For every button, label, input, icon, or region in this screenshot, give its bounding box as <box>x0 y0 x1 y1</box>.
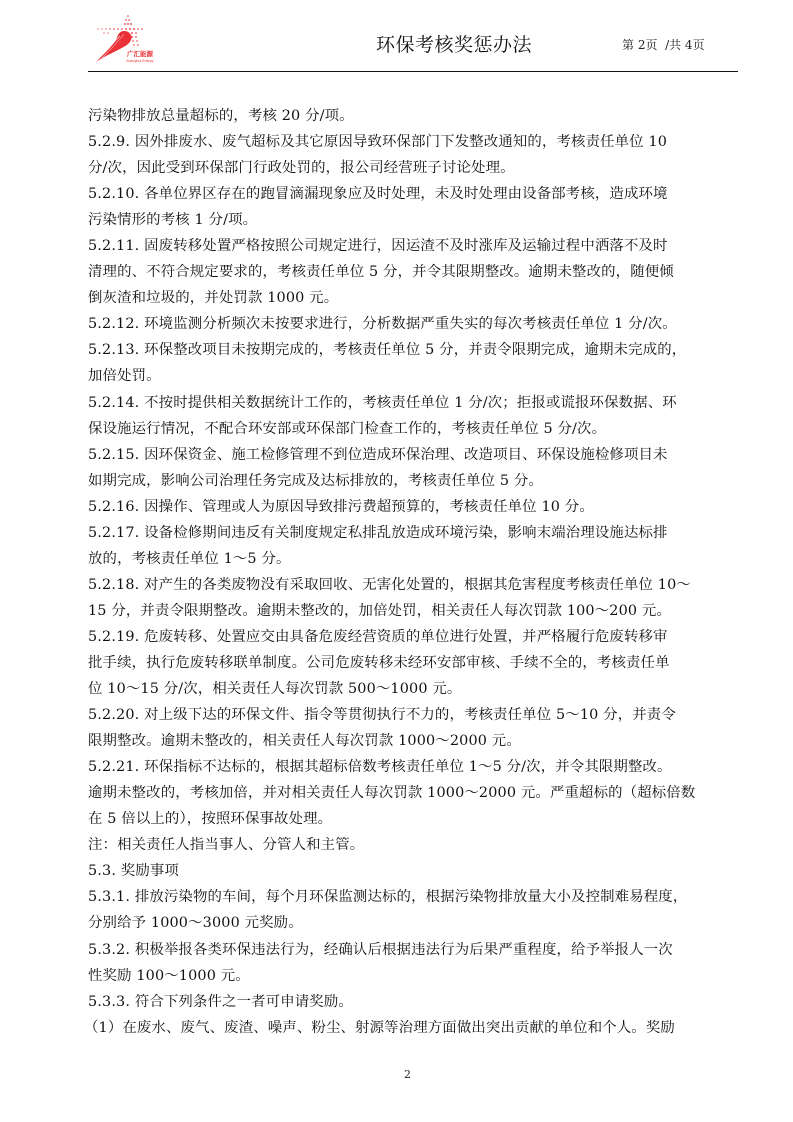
clause-5-2-19: 5.2.19. 危废转移、处置应交由具备危废经营资质的单位进行处置，并严格履行危… <box>88 624 740 650</box>
clause-5-2-9: 5.2.9. 因外排废水、废气超标及其它原因导致环保部门下发整改通知的，考核责任… <box>88 129 740 155</box>
svg-text:Guanghui Energy: Guanghui Energy <box>126 59 154 63</box>
clause-5-3-3: 5.3.3. 符合下列条件之一者可申请奖励。 <box>88 989 740 1015</box>
text-line: 污染物排放总量超标的，考核 20 分/项。 <box>88 103 740 129</box>
text-line: 性奖励 100～1000 元。 <box>88 963 740 989</box>
clause-5-2-12: 5.2.12. 环境监测分析频次未按要求进行，分析数据严重失实的每次考核责任单位… <box>88 311 740 337</box>
page-indicator: 第 2页 /共 4页 <box>622 36 705 53</box>
list-item-1: （1）在废水、废气、废渣、噪声、粉尘、射源等治理方面做出突出贡献的单位和个人。奖… <box>84 1015 740 1041</box>
text-line: 批手续，执行危废转移联单制度。公司危废转移未经环安部审核、手续不全的，考核责任单 <box>88 650 740 676</box>
page-number: 2 <box>404 1068 411 1081</box>
clause-5-2-21: 5.2.21. 环保指标不达标的，根据其超标倍数考核责任单位 1～5 分/次，并… <box>88 754 740 780</box>
text-line: 污染情形的考核 1 分/项。 <box>88 207 740 233</box>
text-line: 倒灰渣和垃圾的，并处罚款 1000 元。 <box>88 285 740 311</box>
clause-5-2-17: 5.2.17. 设备检修期间违反有关制度规定私排乱放造成环境污染，影响末端治理设… <box>88 520 740 546</box>
section-5-3-heading: 5.3. 奖励事项 <box>88 858 740 884</box>
text-line: 位 10～15 分/次，相关责任人每次罚款 500～1000 元。 <box>88 676 740 702</box>
text-line: 分/次，因此受到环保部门行政处罚的，报公司经营班子讨论处理。 <box>88 155 740 181</box>
document-body: 污染物排放总量超标的，考核 20 分/项。 5.2.9. 因外排废水、废气超标及… <box>88 103 740 1041</box>
clause-5-2-10: 5.2.10. 各单位界区存在的跑冒滴漏现象应及时处理，未及时处理由设备部考核，… <box>88 181 740 207</box>
text-line: 在 5 倍以上的），按照环保事故处理。 <box>88 806 740 832</box>
text-line: 加倍处罚。 <box>88 363 740 389</box>
clause-5-2-18: 5.2.18. 对产生的各类废物没有采取回收、无害化处置的，根据其危害程度考核责… <box>88 572 740 598</box>
clause-5-2-20: 5.2.20. 对上级下达的环保文件、指令等贯彻执行不力的，考核责任单位 5～1… <box>88 702 740 728</box>
text-line: 保设施运行情况，不配合环安部或环保部门检查工作的，考核责任单位 5 分/次。 <box>88 416 740 442</box>
clause-5-2-11: 5.2.11. 固废转移处置严格按照公司规定进行，因运渣不及时涨库及运输过程中洒… <box>88 233 740 259</box>
document-title: 环保考核奖惩办法 <box>376 30 532 57</box>
clause-5-3-2: 5.3.2. 积极举报各类环保违法行为，经确认后根据违法行为后果严重程度，给予举… <box>88 937 740 963</box>
clause-5-2-13: 5.2.13. 环保整改项目未按期完成的，考核责任单位 5 分，并责令限期完成，… <box>88 337 740 363</box>
svg-text:广汇能源: 广汇能源 <box>127 49 154 58</box>
text-line: 清理的、不符合规定要求的，考核责任单位 5 分，并令其限期整改。逾期未整改的，随… <box>88 259 740 285</box>
company-logo-icon: 广汇能源 Guanghui Energy <box>94 12 154 64</box>
text-line: 分别给予 1000～3000 元奖励。 <box>88 910 740 936</box>
text-line: 放的，考核责任单位 1～5 分。 <box>88 546 740 572</box>
text-line: 限期整改。逾期未整改的，相关责任人每次罚款 1000～2000 元。 <box>88 728 740 754</box>
text-line: 15 分，并责令限期整改。逾期未整改的，加倍处罚，相关责任人每次罚款 100～2… <box>88 598 740 624</box>
clause-5-3-1: 5.3.1. 排放污染物的车间，每个月环保监测达标的，根据污染物排放量大小及控制… <box>88 884 740 910</box>
text-line: 逾期未整改的，考核加倍，并对相关责任人每次罚款 1000～2000 元。严重超标… <box>88 780 740 806</box>
page-header: 广汇能源 Guanghui Energy 环保考核奖惩办法 第 2页 /共 4页 <box>88 0 738 72</box>
clause-5-2-16: 5.2.16. 因操作、管理或人为原因导致排污费超预算的，考核责任单位 10 分… <box>88 494 740 520</box>
text-line: 如期完成，影响公司治理任务完成及达标排放的，考核责任单位 5 分。 <box>88 468 740 494</box>
header-divider <box>88 71 738 72</box>
clause-5-2-15: 5.2.15. 因环保资金、施工检修管理不到位造成环保治理、改造项目、环保设施检… <box>88 442 740 468</box>
clause-5-2-14: 5.2.14. 不按时提供相关数据统计工作的，考核责任单位 1 分/次；拒报或谎… <box>88 390 740 416</box>
note-line: 注：相关责任人指当事人、分管人和主管。 <box>88 832 740 858</box>
